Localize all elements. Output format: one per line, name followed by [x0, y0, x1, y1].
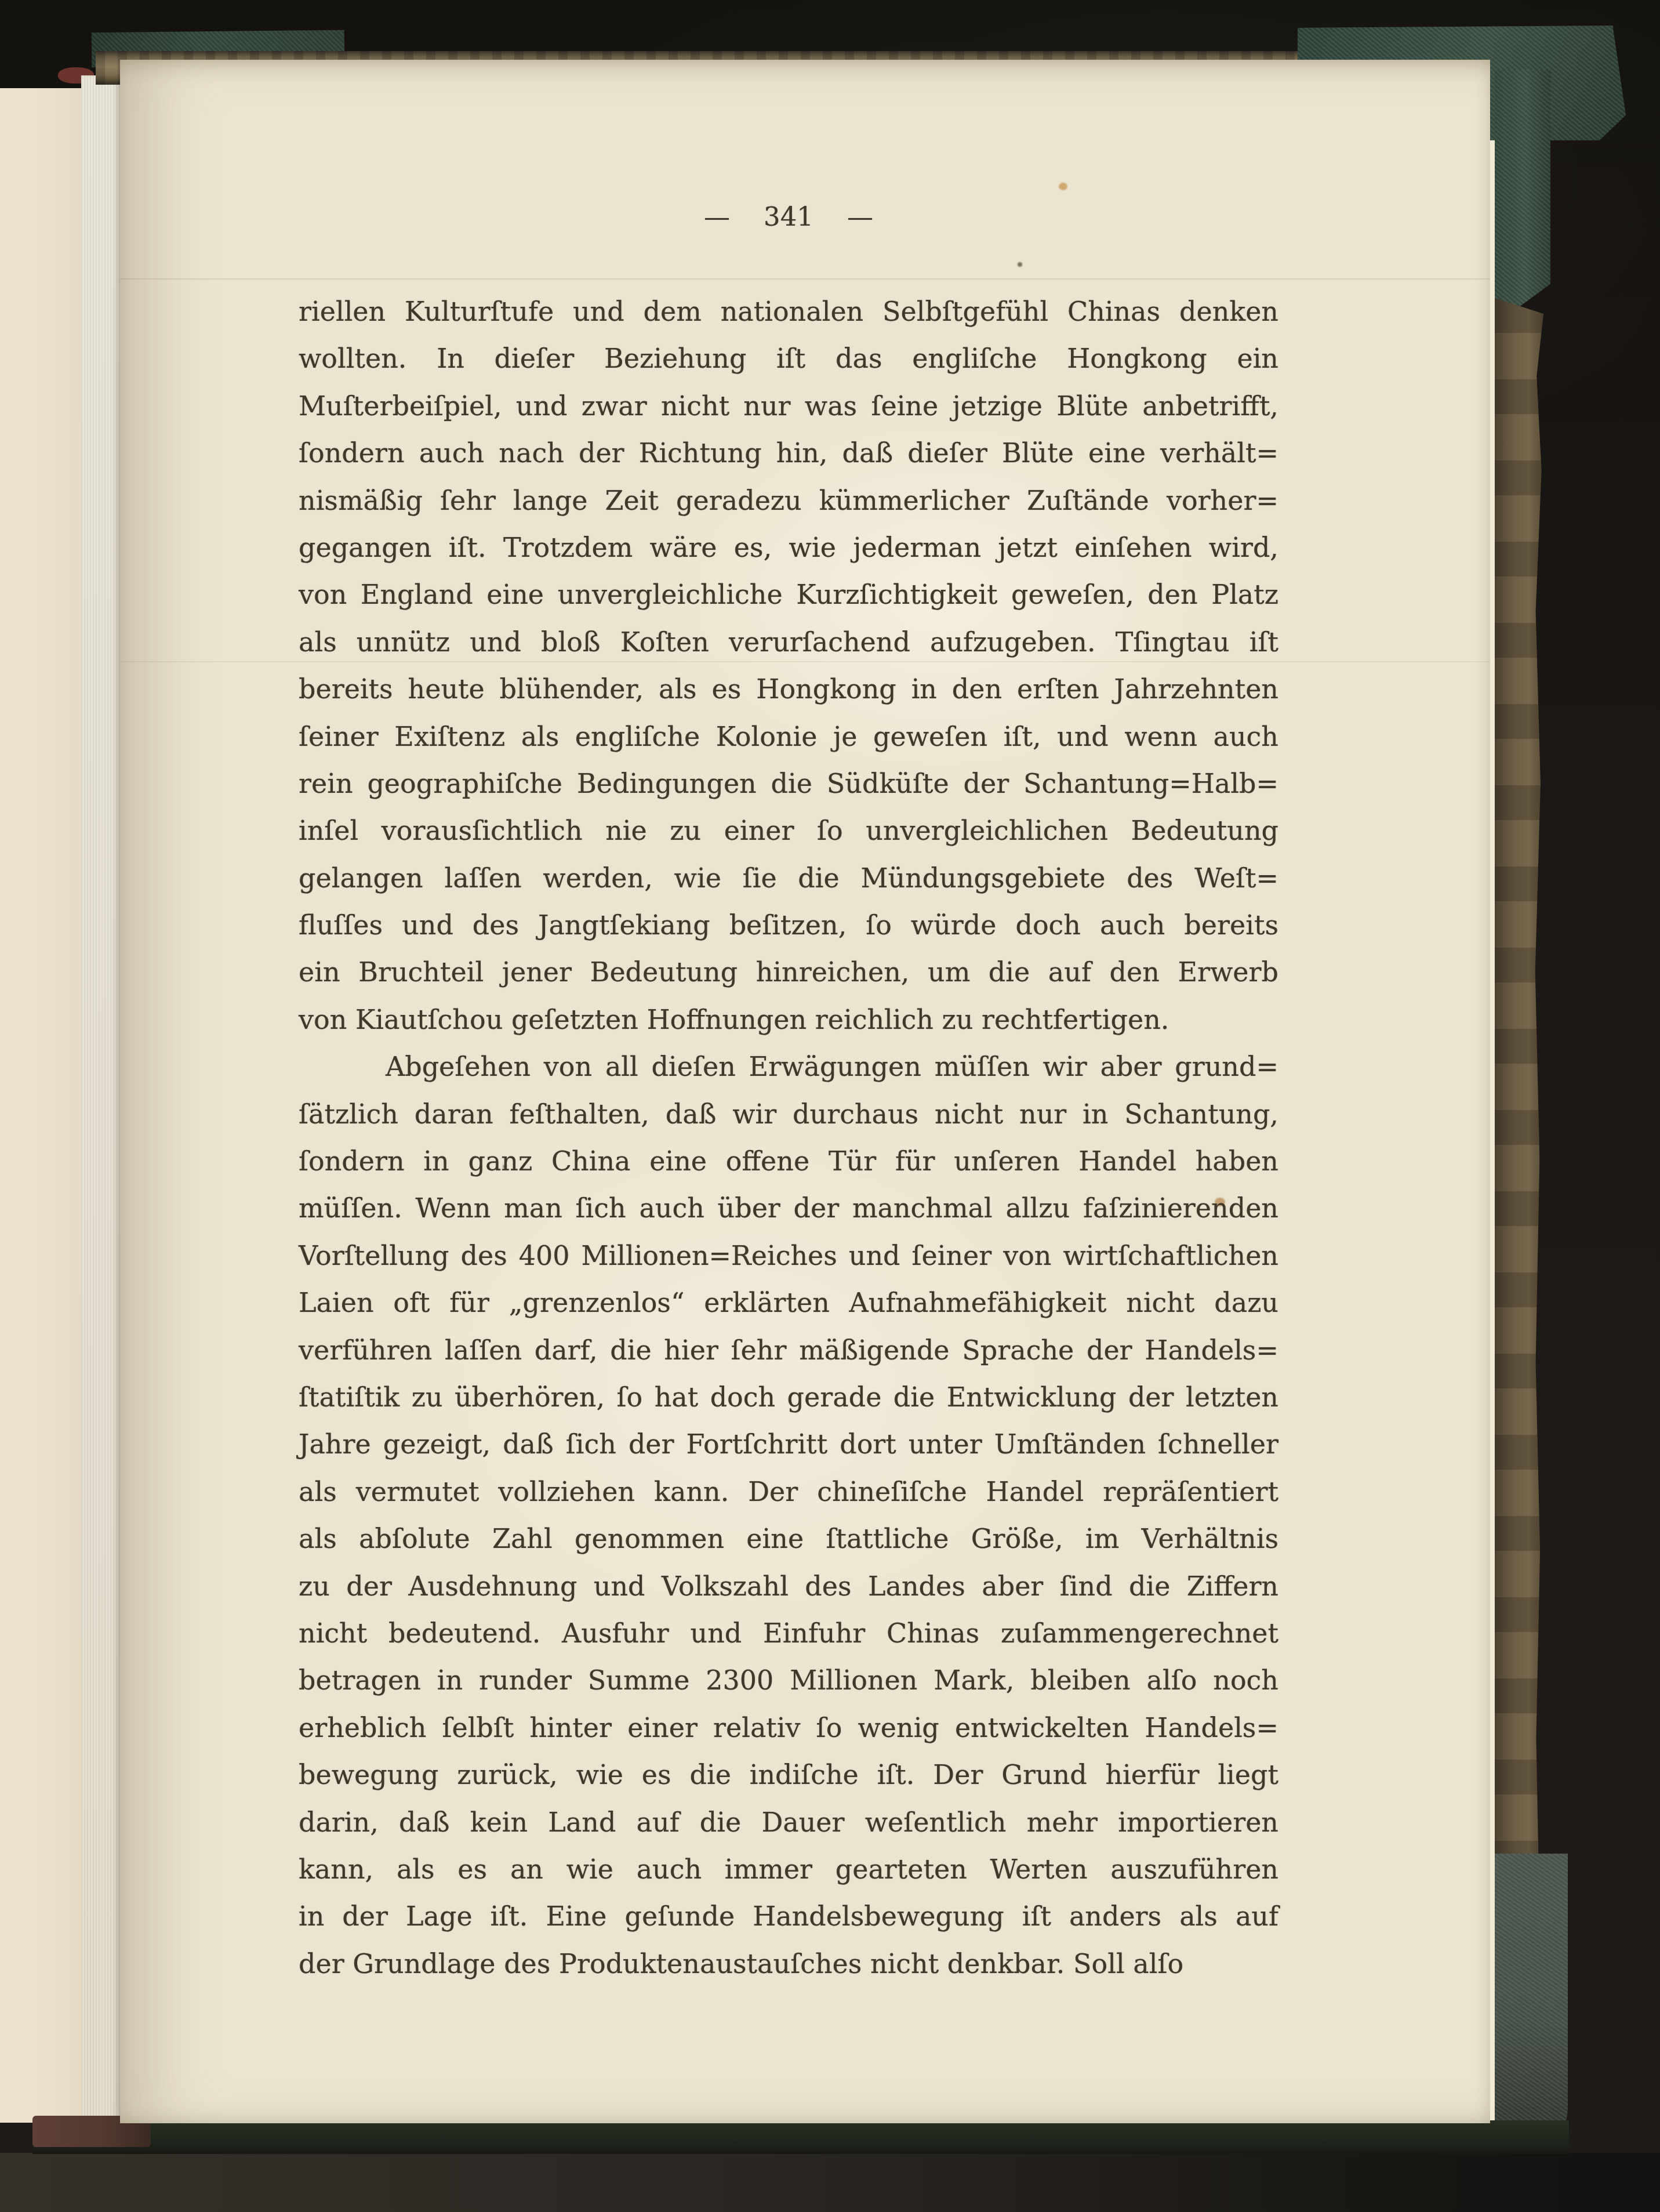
header-dash-right: —: [847, 201, 873, 232]
text-line: ſeiner Exiſtenz als engliſche Kolonie je…: [299, 713, 1278, 760]
scanner-bed-lower-shadow: [0, 2153, 1660, 2212]
text-line: Muſterbeiſpiel, und zwar nicht nur was ſ…: [299, 383, 1278, 430]
book-cover-cloth-right-strip: [1495, 70, 1550, 325]
text-line: fluſſes und des Jangtſekiang beſitzen, ſ…: [299, 902, 1278, 949]
text-line: inſel vorausſichtlich nie zu einer ſo un…: [299, 807, 1278, 854]
text-line-paragraph-start: Abgeſehen von all dieſen Erwägungen müſſ…: [299, 1043, 1278, 1090]
text-line: bewegung zurück, wie es die indiſche iſt…: [299, 1752, 1278, 1798]
book-cover-cloth-bottom-right: [1495, 1854, 1568, 2148]
text-line: gelangen laſſen werden, wie ſie die Münd…: [299, 855, 1278, 902]
scanner-background: — 341 — riellen Kulturſtufe und dem nati…: [0, 0, 1660, 2212]
text-block: riellen Kulturſtufe und dem nationalen S…: [299, 288, 1278, 1988]
text-line: von England eine unvergleichliche Kurzſi…: [299, 571, 1278, 618]
text-line: der Grundlage des Produktenaustauſches n…: [299, 1941, 1278, 1988]
text-line: ein Bruchteil jener Bedeutung hinreichen…: [299, 949, 1278, 996]
text-line: ſtatiſtik zu überhören, ſo hat doch gera…: [299, 1374, 1278, 1421]
text-line: in der Lage iſt. Eine geſunde Handelsbew…: [299, 1893, 1278, 1940]
text-line: als abſolute Zahl genommen eine ſtattlic…: [299, 1515, 1278, 1562]
text-line: zu der Ausdehnung und Volkszahl des Land…: [299, 1563, 1278, 1610]
book-cover-bottom-edge: [32, 2120, 1569, 2154]
text-line: müſſen. Wenn man ſich auch über der manc…: [299, 1185, 1278, 1232]
text-line: verführen laſſen darf, die hier ſehr mäß…: [299, 1327, 1278, 1374]
text-line: Jahre gezeigt, daß ſich der Fortſchritt …: [299, 1421, 1278, 1468]
page-header: — 341 —: [299, 201, 1278, 232]
foxing-stain: [1018, 262, 1022, 267]
text-line: erheblich ſelbſt hinter einer relativ ſo…: [299, 1705, 1278, 1752]
text-line: gegangen iſt. Trotzdem wäre es, wie jede…: [299, 524, 1278, 571]
text-line: Vorſtellung des 400 Millionen=Reiches un…: [299, 1232, 1278, 1279]
page-number: 341: [764, 201, 813, 232]
text-line: riellen Kulturſtufe und dem nationalen S…: [299, 288, 1278, 335]
text-line: ſondern auch nach der Richtung hin, daß …: [299, 430, 1278, 477]
text-line: kann, als es an wie auch immer gearteten…: [299, 1846, 1278, 1893]
text-line: wollten. In dieſer Beziehung iſt das eng…: [299, 335, 1278, 382]
foxing-stain: [1059, 183, 1067, 190]
text-line: nicht bedeutend. Ausfuhr und Einfuhr Chi…: [299, 1610, 1278, 1657]
text-line: betragen in runder Summe 2300 Millionen …: [299, 1657, 1278, 1704]
text-line: darin, daß kein Land auf die Dauer weſen…: [299, 1799, 1278, 1846]
binding-hinge-tape: [81, 75, 122, 2123]
text-line: als unnütz und bloß Koſten verurſachend …: [299, 619, 1278, 666]
text-line: ſondern in ganz China eine offene Tür fü…: [299, 1138, 1278, 1185]
text-line: nismäßig ſehr lange Zeit geradezu kümmer…: [299, 477, 1278, 524]
text-line: Laien oft für „grenzenlos“ erklärten Auf…: [299, 1279, 1278, 1326]
header-dash-left: —: [704, 201, 730, 232]
facing-page-edge: [0, 88, 81, 2123]
text-line: als vermutet vollziehen kann. Der chineſ…: [299, 1468, 1278, 1515]
text-line: rein geographiſche Bedingungen die Südkü…: [299, 760, 1278, 807]
text-line: bereits heute blühender, als es Hongkong…: [299, 666, 1278, 713]
text-line: von Kiautſchou geſetzten Hoffnungen reic…: [299, 996, 1278, 1043]
text-line: ſätzlich daran feſthalten, daß wir durch…: [299, 1091, 1278, 1138]
paper-crease: [120, 278, 1490, 280]
spine-leather-strip-right: [1495, 298, 1543, 1864]
book-page: — 341 — riellen Kulturſtufe und dem nati…: [120, 60, 1490, 2123]
